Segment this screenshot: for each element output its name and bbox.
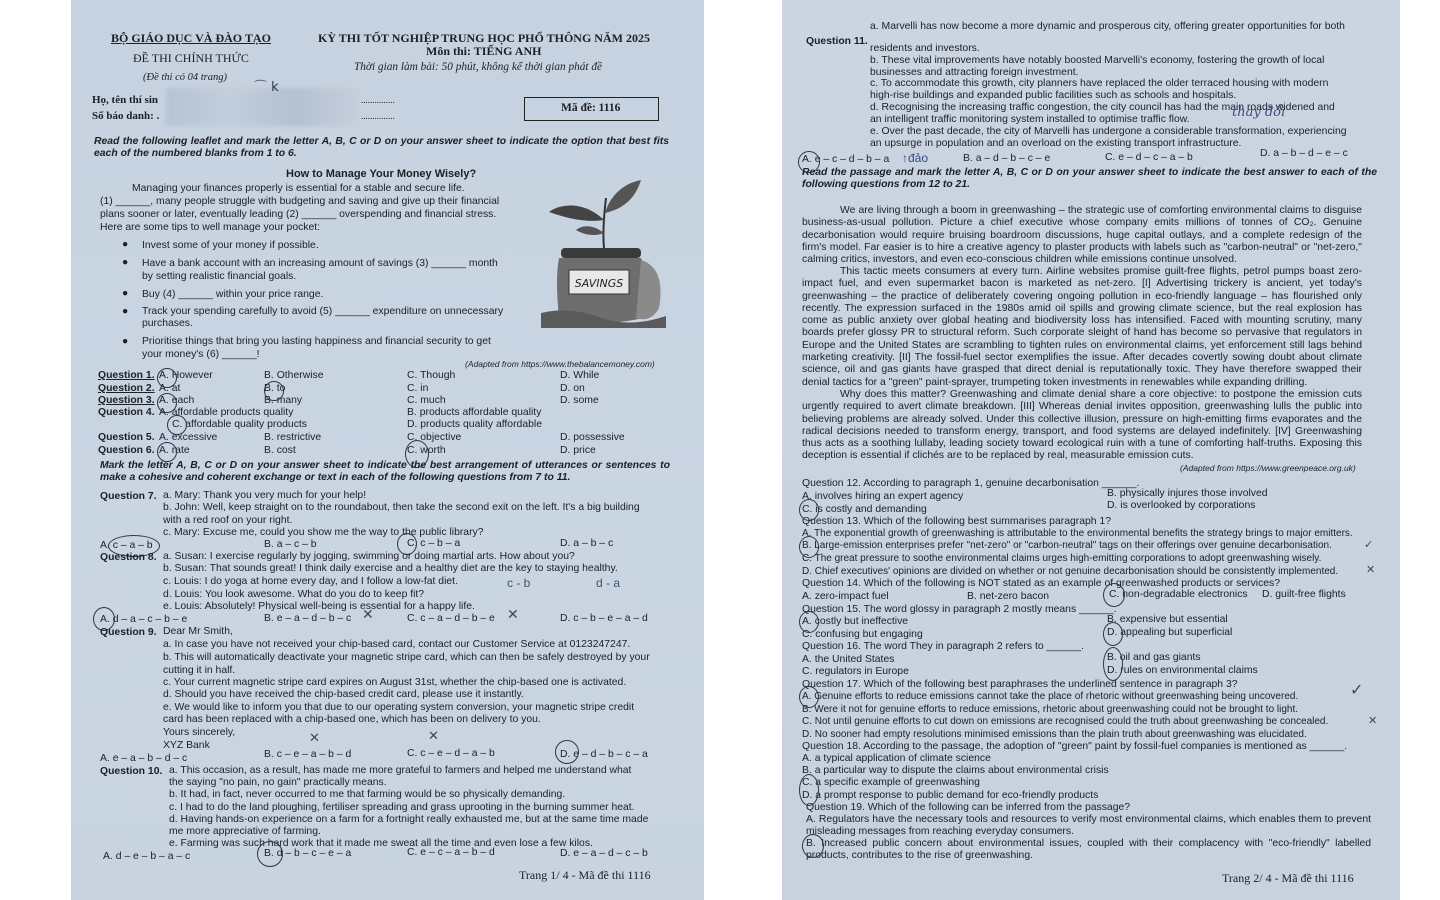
- q5-option-b[interactable]: B. restrictive: [264, 432, 321, 444]
- exam-time: Thời gian làm bài: 50 phút, không kể thờ…: [354, 61, 602, 73]
- q12-option-a[interactable]: A. involves hiring an expert agency: [802, 491, 963, 503]
- name-dots: ...............: [361, 95, 395, 105]
- handwritten-circle: [257, 841, 283, 867]
- leaflet-line-3: plans sooner or later, eventually leadin…: [100, 209, 496, 221]
- q18-option-d[interactable]: D. a prompt response to public demand fo…: [802, 790, 1098, 802]
- q17-stem: Question 17. Which of the following best…: [802, 679, 1238, 691]
- q9-greeting: Dear Mr Smith,: [163, 626, 233, 638]
- q18-option-c[interactable]: C. a specific example of greenwashing: [802, 777, 980, 789]
- tip-2-line-1: Have a bank account with an increasing a…: [142, 258, 498, 270]
- q10-line: e. Farming was such hard work that it ma…: [169, 838, 593, 850]
- q7-option-b[interactable]: B. a – c – b: [264, 539, 317, 551]
- leaflet-line-1: Managing your finances properly is essen…: [132, 183, 465, 195]
- q15-option-c[interactable]: C. confusing but engaging: [802, 629, 923, 641]
- leaflet-source: (Adapted from https://www.thebalancemone…: [465, 359, 655, 369]
- q9-line: d. Should you have received the chip-bas…: [163, 689, 524, 701]
- q11-line: b. These vital improvements have notably…: [870, 55, 1324, 67]
- q15-stem: Question 15. The word glossy in paragrap…: [802, 604, 1117, 616]
- q8-option-d[interactable]: D. c – b – e – a – d: [560, 613, 648, 625]
- q16-option-a[interactable]: A. the United States: [802, 654, 894, 666]
- q13-option-c[interactable]: C. The great pressure to soothe environm…: [802, 553, 1321, 565]
- handwritten-circle: [802, 834, 824, 858]
- q7-line: a. Mary: Thank you very much for your he…: [163, 490, 366, 502]
- q17-option-c[interactable]: C. Not until genuine efforts to cut down…: [802, 716, 1328, 728]
- q12-stem: Question 12. According to paragraph 1, g…: [802, 478, 1139, 490]
- handwritten-circle: [264, 381, 284, 401]
- q10-line: the saying "no pain, no gain" practicall…: [169, 777, 387, 789]
- q10-option-c[interactable]: C. e – c – a – b – d: [407, 847, 495, 859]
- q9-line: cutting it in half.: [163, 665, 235, 677]
- handwriting-scribble: ⌒ k: [254, 76, 279, 95]
- q12-option-d[interactable]: D. is overlooked by corporations: [1107, 500, 1255, 512]
- q8-option-c[interactable]: C. c – a – d – b – e: [407, 613, 495, 625]
- tip-1: Invest some of your money if possible.: [142, 240, 319, 252]
- q14-option-a[interactable]: A. zero-impact fuel: [802, 591, 889, 603]
- cross-mark-icon: ✕: [428, 729, 439, 744]
- q1-option-c[interactable]: C. Though: [407, 370, 455, 382]
- page-count-note: (Đề thi có 04 trang): [143, 72, 227, 83]
- q12-option-b[interactable]: B. physically injures those involved: [1107, 488, 1268, 500]
- q1-option-d[interactable]: D. While: [560, 370, 599, 382]
- q11-line: e. Over the past decade, the city of Mar…: [870, 126, 1347, 138]
- section3-instruction: Read the passage and mark the letter A, …: [802, 167, 1377, 192]
- passage-paragraph-2: This tactic meets consumers at every tur…: [802, 266, 1362, 389]
- q1-label: Question 1.: [98, 370, 155, 382]
- q7-line: b. John: Well, keep straight on to the r…: [163, 502, 640, 514]
- handwritten-note: c - b: [507, 576, 530, 590]
- q11-line: an intelligent traffic monitoring system…: [870, 114, 1190, 126]
- exam-code: Mã đề: 1116: [561, 102, 620, 114]
- q18-option-b[interactable]: B. a particular way to dispute the claim…: [802, 765, 1109, 777]
- exam-subject: Môn thi: TIẾNG ANH: [426, 44, 541, 59]
- q11-option-c[interactable]: C. e – d – c – a – b: [1105, 152, 1193, 164]
- tip-5-line-2: your money's (6) ______!: [142, 349, 260, 361]
- handwritten-circle: [555, 740, 579, 764]
- q11-label: Question 11.: [806, 36, 868, 48]
- svg-text:SAVINGS: SAVINGS: [575, 277, 623, 290]
- q10-line: me more appreciative of farming.: [169, 826, 321, 838]
- q10-line: b. It had, in fact, never occurred to me…: [169, 789, 565, 801]
- q7-label: Question 7.: [100, 491, 157, 503]
- q8-line: c. Louis: I do yoga at home every day, a…: [163, 576, 458, 588]
- q16-option-c[interactable]: C. regulators in Europe: [802, 666, 909, 678]
- q8-option-b[interactable]: B. e – a – d – b – c: [264, 613, 351, 625]
- q3-label: Question 3.: [98, 395, 155, 407]
- q9-line: e. We would like to inform you that due …: [163, 702, 634, 714]
- q11-line: a. Marvelli has now become a more dynami…: [870, 21, 1345, 33]
- q13-option-a[interactable]: A. The exponential growth of greenwashin…: [802, 528, 1353, 540]
- q4-option-c[interactable]: C. affordable quality products: [172, 419, 307, 431]
- handwritten-circle: [157, 368, 177, 388]
- q3-option-d[interactable]: D. some: [560, 395, 599, 407]
- tip-4-line-2: purchases.: [142, 318, 193, 330]
- q11-line: an upsurge in population and an overload…: [870, 138, 1241, 150]
- tip-4-line-1: Track your spending carefully to avoid (…: [142, 306, 503, 318]
- q18-stem: Question 18. According to the passage, t…: [802, 741, 1347, 753]
- q6-option-d[interactable]: D. price: [560, 445, 596, 457]
- tip-5-line-1: Prioritise things that bring you lasting…: [142, 336, 491, 348]
- handwritten-circle: [157, 442, 177, 462]
- q15-option-b[interactable]: B. expensive but essential: [1107, 614, 1228, 626]
- q10-label: Question 10.: [100, 766, 162, 778]
- q8-line: d. Louis: You look awesome. What do you …: [163, 589, 424, 601]
- handwritten-circle: [1103, 647, 1123, 681]
- q10-line: d. Having hands-on experience on a farm …: [169, 814, 648, 826]
- q6-option-b[interactable]: B. cost: [264, 445, 296, 457]
- q4-option-b[interactable]: B. products affordable quality: [407, 407, 541, 419]
- q9-line: card has been replaced with a chip-based…: [163, 714, 541, 726]
- q8-line: e. Louis: Absolutely! Physical well-bein…: [163, 601, 475, 613]
- bullet-dot: ●: [122, 239, 128, 251]
- ministry-name: BỘ GIÁO DỤC VÀ ĐÀO TẠO: [111, 31, 271, 46]
- q12-option-c[interactable]: C. is costly and demanding: [802, 504, 927, 516]
- q8-line: b. Susan: That sounds great! I think dai…: [163, 563, 618, 575]
- q17-option-a[interactable]: A. Genuine efforts to reduce emissions c…: [802, 691, 1298, 703]
- q7-line: with a red roof on your right.: [163, 515, 292, 527]
- q13-stem: Question 13. Which of the following best…: [802, 516, 1111, 528]
- q11-line: high-rise buildings and expanded public …: [870, 90, 1236, 102]
- page-footer: Trang 2/ 4 - Mã đề thi 1116: [1222, 871, 1354, 886]
- handwritten-circle: [799, 536, 819, 558]
- passage-paragraph-1: We are living through a boom in greenwas…: [802, 205, 1362, 266]
- savings-jar-illustration: SAVINGS: [541, 178, 671, 338]
- q9-closing: Yours sincerely,: [163, 727, 235, 739]
- q15-option-d[interactable]: D. appealing but superficial: [1107, 627, 1232, 639]
- section1-instruction: Read the following leaflet and mark the …: [94, 136, 669, 161]
- q10-line: a. This occasion, as a result, has made …: [169, 765, 631, 777]
- q13-option-d[interactable]: D. Chief executives' opinions are divide…: [802, 566, 1338, 578]
- q5-option-d[interactable]: D. possessive: [560, 432, 625, 444]
- q11-line: residents and investors.: [870, 43, 980, 55]
- handwritten-circle: [799, 611, 819, 633]
- bullet-dot: ●: [122, 306, 128, 318]
- cross-mark-icon: ✕: [1368, 714, 1377, 727]
- q4-option-d[interactable]: D. products quality affordable: [407, 419, 542, 431]
- passage-source: (Adapted from https://www.greenpeace.org…: [1180, 463, 1356, 473]
- q13-option-b[interactable]: B. Large-emission enterprises prefer "ne…: [802, 540, 1332, 552]
- cross-mark-icon: ✕: [362, 607, 374, 623]
- tip-3: Buy (4) ______ within your price range.: [142, 289, 323, 301]
- q2-option-d[interactable]: D. on: [560, 383, 585, 395]
- id-dots: ...............: [361, 111, 395, 121]
- q14-option-b[interactable]: B. net-zero bacon: [967, 591, 1049, 603]
- q6-label: Question 6.: [98, 445, 155, 457]
- q19-option-a[interactable]: A. Regulators have the necessary tools a…: [806, 814, 1371, 839]
- candidate-id-label: Số báo danh: .: [92, 110, 159, 122]
- bullet-dot: ●: [122, 257, 128, 269]
- check-mark-icon: ✓: [1364, 538, 1373, 551]
- q2-option-c[interactable]: C. in: [407, 383, 428, 395]
- handwritten-circle: [167, 415, 187, 435]
- exam-page-1: BỘ GIÁO DỤC VÀ ĐÀO TẠO ĐỀ THI CHÍNH THỨC…: [71, 0, 704, 900]
- q9-option-c[interactable]: C. c – e – d – a – b: [407, 748, 495, 760]
- q10-option-d[interactable]: D. e – a – d – c – b: [560, 848, 648, 860]
- q11-line: c. To accommodate this growth, city plan…: [870, 78, 1328, 90]
- cross-mark-icon: ✕: [1366, 563, 1375, 576]
- section2-instruction: Mark the letter A, B, C or D on your ans…: [100, 460, 670, 485]
- cross-mark-icon: ✕: [309, 731, 320, 746]
- q10-option-a[interactable]: A. d – e – b – a – c: [103, 851, 190, 863]
- tip-2-line-2: by setting realistic financial goals.: [142, 271, 296, 283]
- q8-line: a. Susan: I exercise regularly by joggin…: [163, 551, 575, 563]
- leaflet-title: How to Manage Your Money Wisely?: [286, 168, 476, 180]
- handwritten-note: d - a: [596, 576, 620, 590]
- check-mark-icon: ✓: [1350, 680, 1363, 699]
- q16-stem: Question 16. The word They in paragraph …: [802, 641, 1084, 653]
- cross-mark-icon: ✕: [507, 607, 519, 623]
- q9-line: b. This will automatically deactivate yo…: [163, 652, 650, 664]
- q9-option-b[interactable]: B. c – e – a – b – d: [264, 749, 351, 761]
- q16-option-d[interactable]: D. rules on environmental claims: [1107, 665, 1258, 677]
- q11-option-b[interactable]: B. a – d – b – c – e: [963, 153, 1050, 165]
- q9-line: c. Your current magnetic stripe card exp…: [163, 677, 626, 689]
- q11-option-d[interactable]: D. a – b – d – e – c: [1260, 148, 1348, 160]
- exam-page-2: Question 11. a. Marvelli has now become …: [782, 0, 1400, 900]
- handwritten-note: ↑đảo: [902, 151, 928, 165]
- bullet-dot: ●: [122, 336, 128, 348]
- leaflet-line-2: (1) ______, many people struggle with bu…: [100, 196, 499, 208]
- candidate-name-label: Họ, tên thí sin: [92, 94, 158, 106]
- handwritten-circle: [1103, 622, 1123, 646]
- q17-option-d[interactable]: D. No sooner had empty resolutions minim…: [802, 729, 1307, 741]
- q8-label: Question 8.: [100, 552, 157, 564]
- q9-label: Question 9.: [100, 627, 157, 639]
- q19-stem: Question 19. Which of the following can …: [806, 802, 1130, 814]
- q3-option-c[interactable]: C. much: [407, 395, 446, 407]
- q18-option-a[interactable]: A. a typical application of climate scie…: [802, 753, 991, 765]
- official-exam-label: ĐỀ THI CHÍNH THỨC: [133, 51, 249, 66]
- q10-line: c. I had to do the land ploughing, ferti…: [169, 802, 635, 814]
- q5-label: Question 5.: [98, 432, 155, 444]
- q14-option-d[interactable]: D. guilt-free flights: [1262, 589, 1346, 601]
- passage-paragraph-3: Why does this matter? Greenwashing and c…: [802, 389, 1362, 463]
- q4-label: Question 4.: [98, 407, 155, 419]
- leaflet-line-4: Here are some tips to well manage your p…: [100, 222, 320, 234]
- page-footer: Trang 1/ 4 - Mã đề thi 1116: [519, 868, 651, 883]
- q7-option-d[interactable]: D. a – b – c: [560, 538, 613, 550]
- handwritten-note: thay đổi: [1232, 105, 1285, 120]
- handwritten-circle: [799, 686, 819, 708]
- q2-label: Question 2.: [98, 383, 155, 395]
- handwritten-circle: [157, 393, 177, 413]
- q9-signature: XYZ Bank: [163, 740, 210, 752]
- bullet-dot: ●: [122, 288, 128, 300]
- q9-option-a[interactable]: A. e – a – b – d – c: [100, 753, 187, 765]
- q19-option-b[interactable]: B. Increased public concern about enviro…: [806, 838, 1371, 863]
- q14-option-c[interactable]: C. non-degradable electronics: [1109, 589, 1248, 601]
- q9-line: a. In case you have not received your ch…: [163, 639, 630, 651]
- q17-option-b[interactable]: B. Were it not for genuine efforts to re…: [802, 704, 1298, 716]
